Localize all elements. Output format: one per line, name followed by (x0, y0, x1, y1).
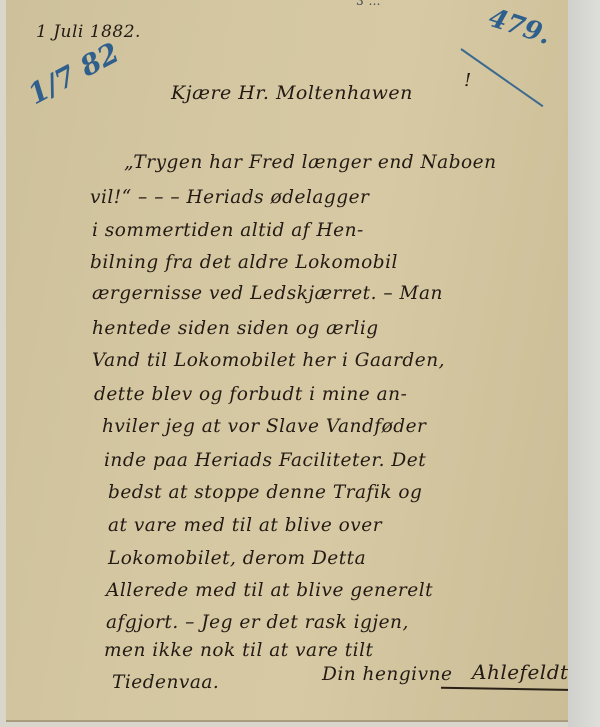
body-line: Vand til Lokomobilet her i Gaarden, (92, 350, 445, 371)
archive-mark-right: 479. (485, 3, 554, 51)
body-line: vil!“ – – – Heriads ødelagger (90, 187, 369, 208)
body-line: hentede siden siden og ærlig (92, 318, 379, 339)
archive-strike-line (460, 48, 543, 107)
body-line: dette blev og forbudt i mine an- (94, 384, 407, 405)
closing: Din hengivne (322, 664, 452, 685)
archive-mark-left: 1/7 82 (23, 36, 125, 111)
body-line: afgjort. – Jeg er det rask igjen, (106, 612, 409, 633)
body-line: bilning fra det aldre Lokomobil (90, 252, 398, 273)
signature-underline (441, 687, 589, 692)
letter-paper: 3 … 1 Juli 1882. 1/7 82 479. Kjære Hr. M… (6, 0, 568, 720)
signature: Ahlefeldt, (472, 660, 575, 684)
top-edge-fragment: 3 … (356, 0, 381, 8)
body-line: at vare med til at blive over (108, 515, 382, 536)
body-line: hviler jeg at vor Slave Vandføder (102, 416, 426, 437)
body-line: ærgernisse ved Ledskjærret. – Man (92, 283, 443, 304)
body-line: i sommertiden altid af Hen- (92, 220, 364, 241)
body-line: „Trygen har Fred længer end Naboen (124, 152, 497, 173)
salutation-exclamation: ! (464, 70, 472, 91)
salutation: Kjære Hr. Moltenhawen (171, 82, 413, 104)
background-edge (568, 0, 600, 727)
body-line: Tiedenvaa. (112, 672, 219, 693)
body-line: Lokomobilet, derom Detta (108, 548, 366, 569)
body-line: Allerede med til at blive generelt (106, 580, 433, 601)
body-line: inde paa Heriads Faciliteter. Det (104, 450, 426, 471)
body-line: bedst at stoppe denne Trafik og (108, 482, 422, 503)
body-line: men ikke nok til at vare tilt (104, 640, 373, 661)
letter-date: 1 Juli 1882. (36, 22, 141, 42)
